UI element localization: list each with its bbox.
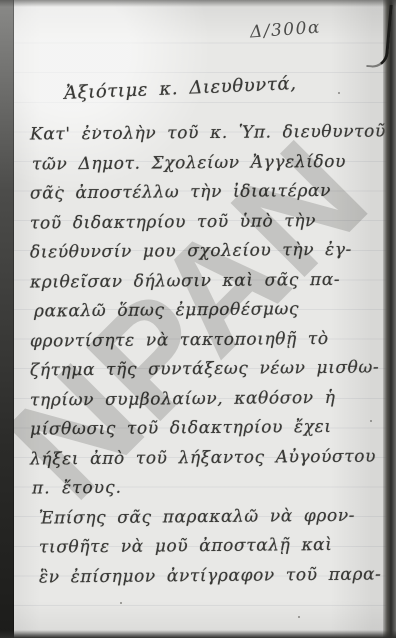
handwriting-line: τισθῆτε νὰ μοῦ ἀποσταλῇ καὶ [39, 530, 384, 563]
handwriting-line: λήξει ἀπὸ τοῦ λήξαντος Αὐγούστου [30, 442, 384, 475]
handwriting-line: τῶν Δημοτ. Σχολείων Ἀγγελίδου [32, 147, 384, 180]
handwriting-line: τηρίων συμβολαίων, καθόσον ἡ [30, 383, 384, 416]
handwriting-line: Ἐπίσης σᾶς παρακαλῶ νὰ φρον- [39, 501, 384, 534]
handwriting-line: μίσθωσις τοῦ διδακτηρίου ἔχει [30, 412, 384, 445]
handwriting-line: π. ἔτους. [32, 471, 384, 504]
paper-speckle [158, 158, 160, 160]
handwriting-line: ἓν ἐπίσημον ἀντίγραφον τοῦ παρα- [39, 560, 384, 593]
handwriting-line: φροντίσητε νὰ τακτοποιηθῇ τὸ [30, 324, 384, 357]
paper-speckle [96, 128, 98, 130]
paper-speckle [338, 92, 340, 94]
handwriting-line: τοῦ διδακτηρίου τοῦ ὑπὸ τὴν [30, 206, 384, 239]
scan-edge-top [0, 0, 396, 7]
paper-speckle [120, 602, 122, 604]
paper-speckle [298, 616, 300, 618]
handwriting-line: Κατ' ἐντολὴν τοῦ κ. Ὑπ. διευθυντοῦ [30, 117, 384, 150]
handwriting-line: κριθεῖσαν δήλωσιν καὶ σᾶς πα- [30, 265, 384, 298]
scanned-letter-page: Δ/300α Ἀξιότιμε κ. Διευθυντά, Κατ' ἐντολ… [0, 0, 396, 638]
handwriting-line: διεύθυνσίν μου σχολείου τὴν ἐγ- [30, 235, 384, 268]
paper-speckle [72, 92, 74, 94]
paper-speckle [370, 420, 372, 422]
paper-speckle [82, 190, 84, 192]
scan-edge-right [383, 0, 396, 638]
handwriting-line: ρακαλῶ ὅπως ἐμπροθέσμως [34, 294, 384, 327]
handwriting-line: σᾶς ἀποστέλλω τὴν ἰδιαιτέραν [30, 176, 384, 209]
paper-speckle [58, 186, 60, 188]
scan-edge-bottom [0, 630, 396, 638]
handwriting-line: ζήτημα τῆς συντάξεως νέων μισθω- [30, 353, 384, 386]
scan-edge-left [0, 0, 14, 638]
